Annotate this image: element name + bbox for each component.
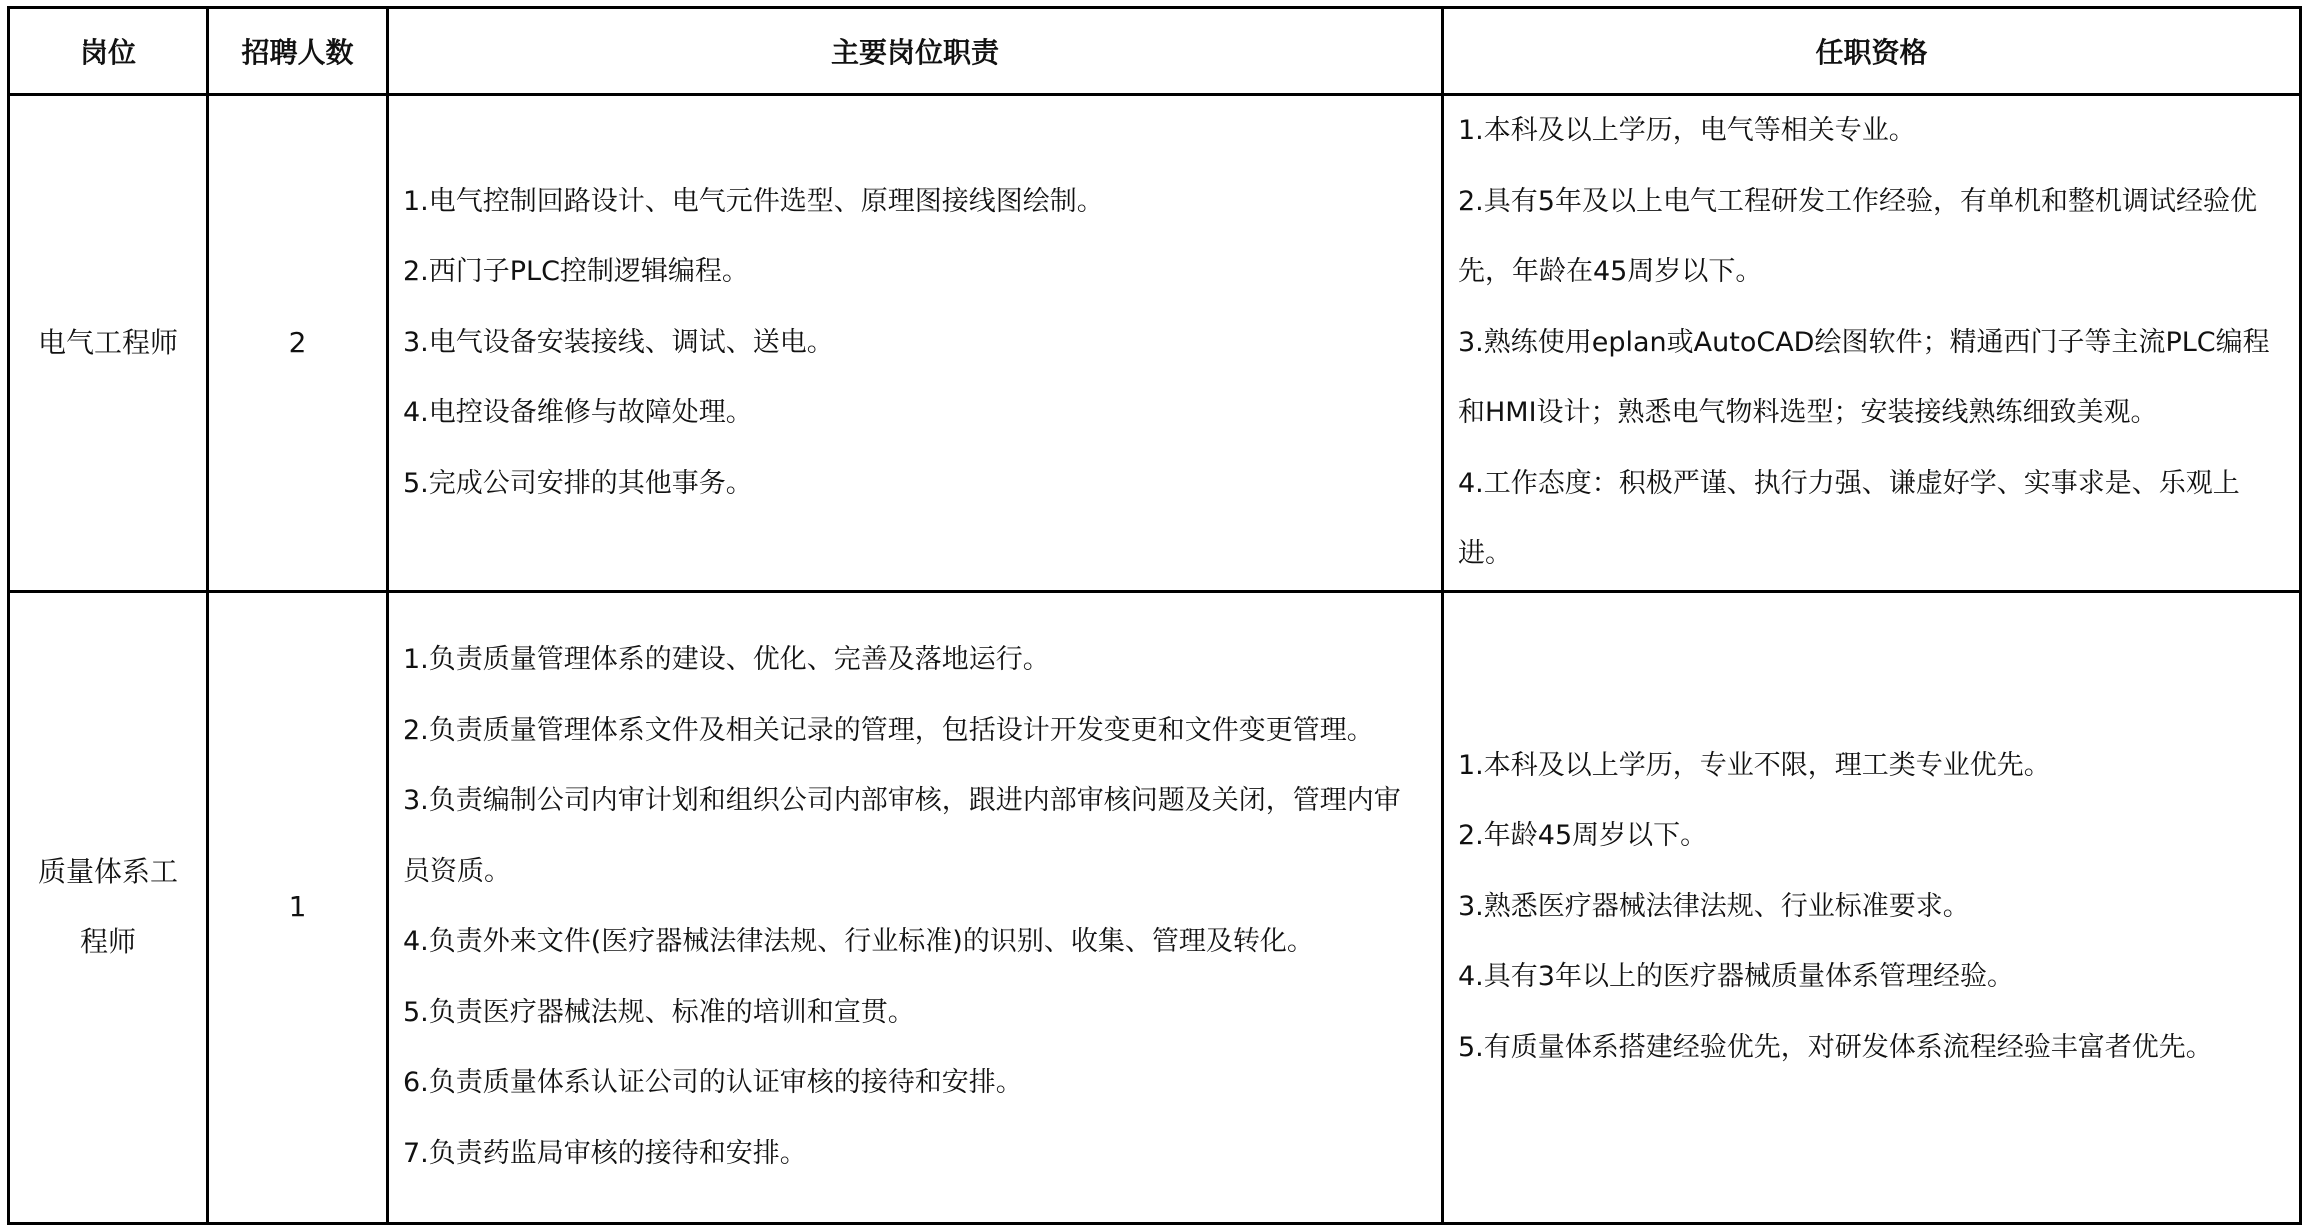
header-duties: 主要岗位职责 bbox=[388, 8, 1443, 95]
qualification-item: 3.熟练使用eplan或AutoCAD绘图软件；精通西门子等主流PLC编程和HM… bbox=[1458, 308, 2285, 449]
duty-item: 3.负责编制公司内审计划和组织公司内部审核，跟进内部审核问题及关闭，管理内审员资… bbox=[403, 766, 1427, 907]
duty-item: 3.电气设备安装接线、调试、送电。 bbox=[403, 308, 1427, 379]
qualification-item: 2.年龄45周岁以下。 bbox=[1458, 801, 2285, 872]
qualification-item: 1.本科及以上学历，电气等相关专业。 bbox=[1458, 96, 2285, 167]
qualifications-cell: 1.本科及以上学历，电气等相关专业。 2.具有5年及以上电气工程研发工作经验，有… bbox=[1443, 95, 2301, 592]
header-position: 岗位 bbox=[9, 8, 208, 95]
duty-item: 5.完成公司安排的其他事务。 bbox=[403, 449, 1427, 520]
duty-item: 1.电气控制回路设计、电气元件选型、原理图接线图绘制。 bbox=[403, 167, 1427, 238]
position-cell: 电气工程师 bbox=[9, 95, 208, 592]
table-row: 质量体系工程师 1 1.负责质量管理体系的建设、优化、完善及落地运行。 2.负责… bbox=[9, 591, 2301, 1223]
duties-cell: 1.电气控制回路设计、电气元件选型、原理图接线图绘制。 2.西门子PLC控制逻辑… bbox=[388, 95, 1443, 592]
duty-item: 7.负责药监局审核的接待和安排。 bbox=[403, 1119, 1427, 1190]
count-cell: 2 bbox=[208, 95, 388, 592]
table-row: 电气工程师 2 1.电气控制回路设计、电气元件选型、原理图接线图绘制。 2.西门… bbox=[9, 95, 2301, 592]
qualification-item: 3.熟悉医疗器械法律法规、行业标准要求。 bbox=[1458, 872, 2285, 943]
qualifications-cell: 1.本科及以上学历，专业不限，理工类专业优先。 2.年龄45周岁以下。 3.熟悉… bbox=[1443, 591, 2301, 1223]
position-name: 质量体系工程师 bbox=[10, 837, 206, 977]
count-cell: 1 bbox=[208, 591, 388, 1223]
qualification-item: 5.有质量体系搭建经验优先，对研发体系流程经验丰富者优先。 bbox=[1458, 1013, 2285, 1084]
qualification-item: 1.本科及以上学历，专业不限，理工类专业优先。 bbox=[1458, 731, 2285, 802]
duty-item: 1.负责质量管理体系的建设、优化、完善及落地运行。 bbox=[403, 625, 1427, 696]
duties-cell: 1.负责质量管理体系的建设、优化、完善及落地运行。 2.负责质量管理体系文件及相… bbox=[388, 591, 1443, 1223]
header-qualifications: 任职资格 bbox=[1443, 8, 2301, 95]
duty-item: 5.负责医疗器械法规、标准的培训和宣贯。 bbox=[403, 978, 1427, 1049]
duty-item: 2.西门子PLC控制逻辑编程。 bbox=[403, 237, 1427, 308]
qualification-item: 4.具有3年以上的医疗器械质量体系管理经验。 bbox=[1458, 942, 2285, 1013]
table-header-row: 岗位 招聘人数 主要岗位职责 任职资格 bbox=[9, 8, 2301, 95]
duty-item: 4.负责外来文件(医疗器械法律法规、行业标准)的识别、收集、管理及转化。 bbox=[403, 907, 1427, 978]
position-cell: 质量体系工程师 bbox=[9, 591, 208, 1223]
job-openings-table: 岗位 招聘人数 主要岗位职责 任职资格 电气工程师 2 1.电气控制回路设计、电… bbox=[7, 6, 2302, 1225]
qualification-item: 2.具有5年及以上电气工程研发工作经验，有单机和整机调试经验优先，年龄在45周岁… bbox=[1458, 167, 2285, 308]
duty-item: 6.负责质量体系认证公司的认证审核的接待和安排。 bbox=[403, 1048, 1427, 1119]
qualification-item: 4.工作态度：积极严谨、执行力强、谦虚好学、实事求是、乐观上进。 bbox=[1458, 449, 2285, 590]
position-name: 电气工程师 bbox=[10, 308, 206, 378]
duty-item: 4.电控设备维修与故障处理。 bbox=[403, 378, 1427, 449]
header-count: 招聘人数 bbox=[208, 8, 388, 95]
duty-item: 2.负责质量管理体系文件及相关记录的管理，包括设计开发变更和文件变更管理。 bbox=[403, 696, 1427, 767]
